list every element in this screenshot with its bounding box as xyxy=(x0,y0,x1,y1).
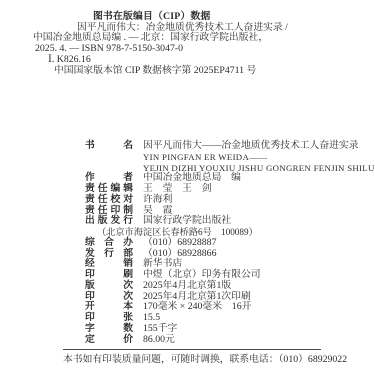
colophon-row: YIN PINGFAN ER WEIDA—— xyxy=(85,152,355,163)
colophon-label: 书名 xyxy=(85,141,133,152)
colophon-value: （010）68928887 xyxy=(143,237,216,248)
colophon-row: 书名因平凡而伟大——冶金地质优秀技术工人奋进实录 xyxy=(85,141,355,152)
cip-classification-line: Ⅰ. K826.16 xyxy=(48,55,343,66)
colophon-value: 86.00元 xyxy=(143,334,175,345)
colophon-value: 170毫米 × 240毫米 16开 xyxy=(143,301,251,312)
colophon-value: 许海利 xyxy=(143,194,172,205)
colophon-value: 因平凡而伟大——冶金地质优秀技术工人奋进实录 xyxy=(143,140,359,151)
colophon-row: 定价86.00元 xyxy=(85,335,355,346)
colophon-row: 责任校对许海利 xyxy=(85,195,355,206)
colophon-value: 国家行政学院出版社 xyxy=(143,215,231,226)
quality-notice: 本书如有印装质量问题，可随时调换，联系电话：（010）68929022 xyxy=(63,354,347,365)
colophon-value: 中国冶金地质总局 编 xyxy=(143,172,241,183)
colophon-label: 定价 xyxy=(85,335,133,346)
colophon-value: 15.5 xyxy=(143,312,160,323)
colophon-value: 155千字 xyxy=(143,323,177,334)
colophon-value: 2025年4月北京第1版 xyxy=(143,280,231,291)
colophon-label: 出版发行 xyxy=(85,216,133,227)
copyright-page: 图书在版编目（CIP）数据 因平凡而伟大：冶金地质优秀技术工人奋进实录 / 中国… xyxy=(0,0,375,375)
cip-record-number-line: 中国国家版本馆 CIP 数据核字第 2025EP4711 号 xyxy=(54,66,343,77)
colophon-label: 责任校对 xyxy=(85,195,133,206)
colophon-row: 出版发行国家行政学院出版社 xyxy=(85,216,355,227)
colophon-block: 书名因平凡而伟大——冶金地质优秀技术工人奋进实录YIN PINGFAN ER W… xyxy=(85,141,355,346)
colophon-value: （010）68928866 xyxy=(143,248,216,259)
colophon-value: 中煜（北京）印务有限公司 xyxy=(143,269,261,280)
colophon-value: 王 莹 王 剑 xyxy=(143,183,212,194)
colophon-value: 新华书店 xyxy=(143,258,182,269)
divider-rule xyxy=(63,349,321,350)
colophon-value: （北京市海淀区长春桥路6号 100089） xyxy=(97,227,258,237)
colophon-value: 吴 霞 xyxy=(143,205,172,216)
cip-block: 图书在版编目（CIP）数据 因平凡而伟大：冶金地质优秀技术工人奋进实录 / 中国… xyxy=(33,12,343,76)
colophon-value: YIN PINGFAN ER WEIDA—— xyxy=(143,152,267,162)
